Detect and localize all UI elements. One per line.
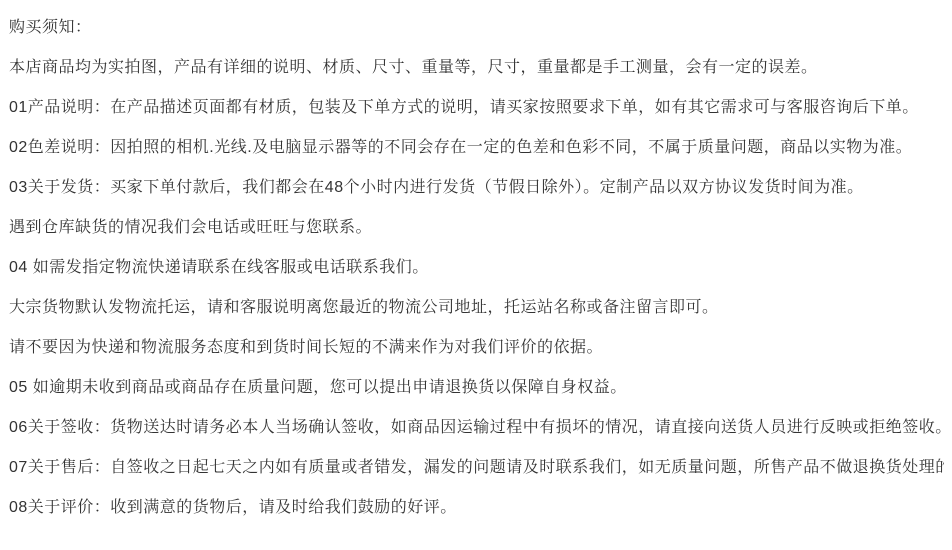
notice-line-stockout: 遇到仓库缺货的情况我们会电话或旺旺与您联系。 [9, 208, 944, 248]
notice-line-03-shipping: 03关于发货：买家下单付款后，我们都会在48个小时内进行发货（节假日除外）。定制… [9, 168, 944, 208]
notice-line-intro: 本店商品均为实拍图，产品有详细的说明、材质、尺寸、重量等，尺寸，重量都是手工测量… [9, 48, 944, 88]
notice-line-04-logistics: 04 如需发指定物流快递请联系在线客服或电话联系我们。 [9, 248, 944, 288]
notice-line-review-note: 请不要因为快递和物流服务态度和到货时间长短的不满来作为对我们评价的依据。 [9, 328, 944, 368]
notice-title: 购买须知： [9, 8, 944, 48]
notice-line-08-rating: 08关于评价：收到满意的货物后，请及时给我们鼓励的好评。 [9, 488, 944, 528]
notice-line-07-aftersale: 07关于售后：自签收之日起七天之内如有质量或者错发，漏发的问题请及时联系我们，如… [9, 448, 944, 488]
purchase-notice-page: 购买须知： 本店商品均为实拍图，产品有详细的说明、材质、尺寸、重量等，尺寸，重量… [0, 0, 952, 550]
notice-line-bulk-freight: 大宗货物默认发物流托运，请和客服说明离您最近的物流公司地址，托运站名称或备注留言… [9, 288, 944, 328]
notice-line-06-receipt: 06关于签收：货物送达时请务必本人当场确认签收，如商品因运输过程中有损坏的情况，… [9, 408, 944, 448]
notice-line-02-color: 02色差说明：因拍照的相机.光线.及电脑显示器等的不同会存在一定的色差和色彩不同… [9, 128, 944, 168]
notice-line-05-overdue: 05 如逾期未收到商品或商品存在质量问题，您可以提出申请退换货以保障自身权益。 [9, 368, 944, 408]
notice-line-01-product: 01产品说明：在产品描述页面都有材质，包装及下单方式的说明，请买家按照要求下单，… [9, 88, 944, 128]
